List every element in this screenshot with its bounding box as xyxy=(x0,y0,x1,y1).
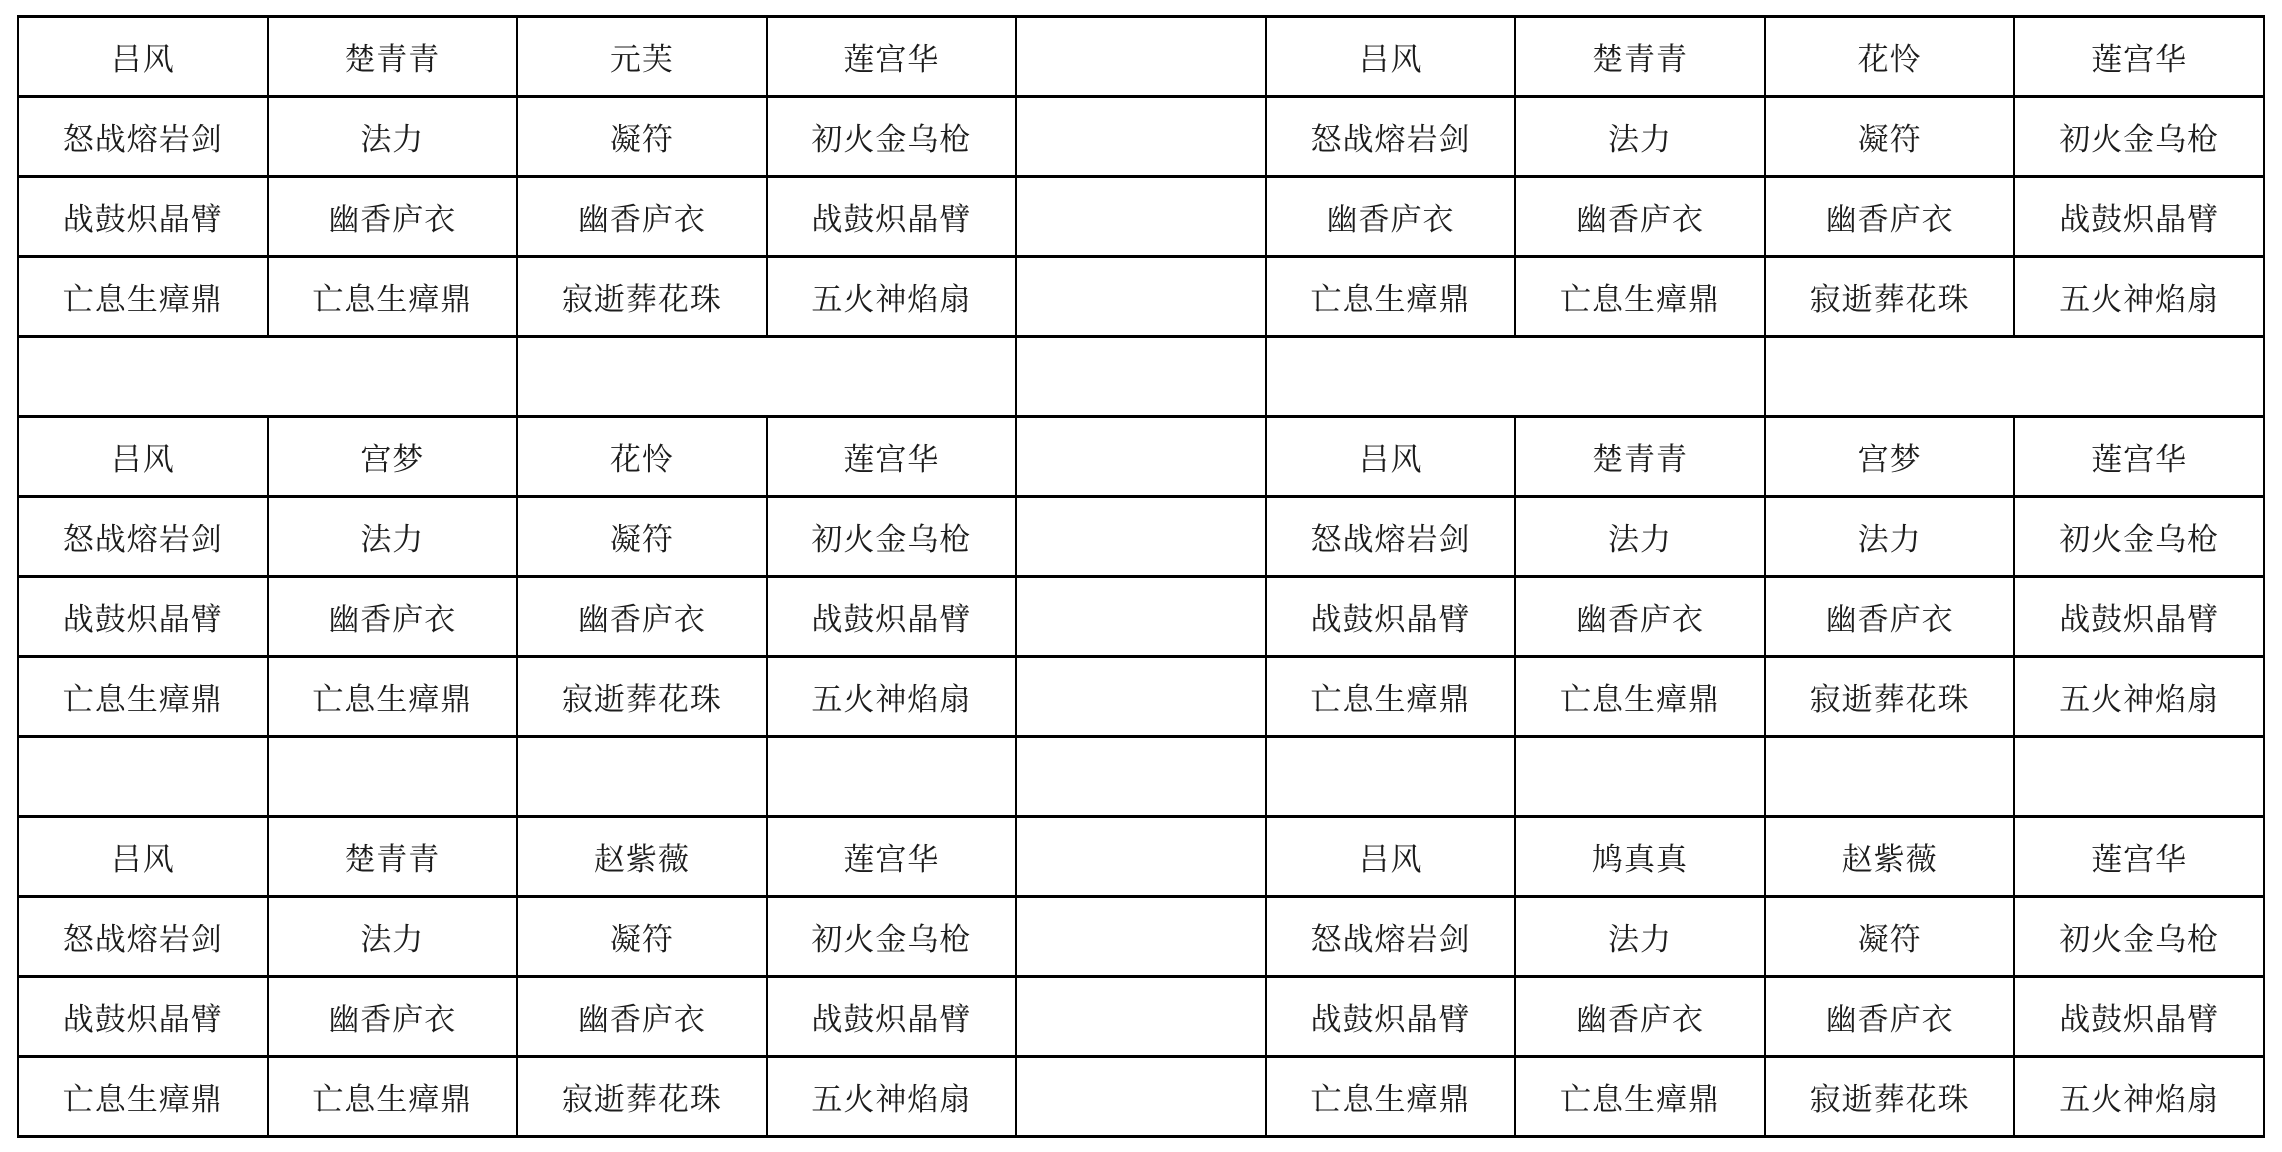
table-cell: 幽香庐衣 xyxy=(1765,977,2015,1057)
empty-cell xyxy=(517,337,1016,417)
table-cell: 战鼓炽晶臂 xyxy=(1266,577,1516,657)
table-cell: 寂逝葬花珠 xyxy=(517,1057,767,1137)
table-cell: 战鼓炽晶臂 xyxy=(767,577,1017,657)
table-cell: 亡息生瘴鼎 xyxy=(1266,657,1516,737)
roster-table-body: 吕风楚青青元芙莲宫华吕风楚青青花怜莲宫华怒战熔岩剑法力凝符初火金乌枪怒战熔岩剑法… xyxy=(18,17,2264,1137)
table-cell: 楚青青 xyxy=(268,17,518,97)
table-cell: 亡息生瘴鼎 xyxy=(268,657,518,737)
empty-cell xyxy=(268,737,518,817)
table-cell: 幽香庐衣 xyxy=(1765,577,2015,657)
table-cell: 元芙 xyxy=(517,17,767,97)
table-cell: 莲宫华 xyxy=(767,817,1017,897)
table-row: 亡息生瘴鼎亡息生瘴鼎寂逝葬花珠五火神焰扇亡息生瘴鼎亡息生瘴鼎寂逝葬花珠五火神焰扇 xyxy=(18,257,2264,337)
empty-cell xyxy=(1016,417,1266,497)
empty-cell xyxy=(1016,17,1266,97)
table-cell: 赵紫薇 xyxy=(1765,817,2015,897)
document-page: 吕风楚青青元芙莲宫华吕风楚青青花怜莲宫华怒战熔岩剑法力凝符初火金乌枪怒战熔岩剑法… xyxy=(17,15,2265,1138)
table-row: 亡息生瘴鼎亡息生瘴鼎寂逝葬花珠五火神焰扇亡息生瘴鼎亡息生瘴鼎寂逝葬花珠五火神焰扇 xyxy=(18,1057,2264,1137)
table-cell: 战鼓炽晶臂 xyxy=(18,177,268,257)
table-cell: 法力 xyxy=(268,897,518,977)
table-cell: 吕风 xyxy=(1266,417,1516,497)
table-cell: 楚青青 xyxy=(1515,17,1765,97)
table-cell: 幽香庐衣 xyxy=(1515,177,1765,257)
table-cell: 亡息生瘴鼎 xyxy=(268,257,518,337)
table-cell: 初火金乌枪 xyxy=(2014,497,2264,577)
empty-cell xyxy=(1016,577,1266,657)
table-cell: 怒战熔岩剑 xyxy=(1266,897,1516,977)
roster-table: 吕风楚青青元芙莲宫华吕风楚青青花怜莲宫华怒战熔岩剑法力凝符初火金乌枪怒战熔岩剑法… xyxy=(17,15,2265,1138)
table-cell: 五火神焰扇 xyxy=(767,1057,1017,1137)
empty-cell xyxy=(1266,337,1765,417)
table-cell: 五火神焰扇 xyxy=(2014,257,2264,337)
table-cell: 幽香庐衣 xyxy=(517,977,767,1057)
table-cell: 莲宫华 xyxy=(767,417,1017,497)
table-cell: 亡息生瘴鼎 xyxy=(268,1057,518,1137)
table-cell: 怒战熔岩剑 xyxy=(18,497,268,577)
table-cell: 寂逝葬花珠 xyxy=(517,257,767,337)
table-cell: 亡息生瘴鼎 xyxy=(1266,1057,1516,1137)
table-cell: 五火神焰扇 xyxy=(2014,657,2264,737)
table-row: 亡息生瘴鼎亡息生瘴鼎寂逝葬花珠五火神焰扇亡息生瘴鼎亡息生瘴鼎寂逝葬花珠五火神焰扇 xyxy=(18,657,2264,737)
table-row: 吕风楚青青元芙莲宫华吕风楚青青花怜莲宫华 xyxy=(18,17,2264,97)
table-cell: 楚青青 xyxy=(268,817,518,897)
empty-cell xyxy=(517,737,767,817)
empty-cell xyxy=(1016,897,1266,977)
table-cell: 吕风 xyxy=(18,417,268,497)
table-cell: 幽香庐衣 xyxy=(517,177,767,257)
table-cell: 战鼓炽晶臂 xyxy=(767,177,1017,257)
table-cell: 花怜 xyxy=(1765,17,2015,97)
empty-cell xyxy=(1016,737,1266,817)
table-row: 战鼓炽晶臂幽香庐衣幽香庐衣战鼓炽晶臂战鼓炽晶臂幽香庐衣幽香庐衣战鼓炽晶臂 xyxy=(18,577,2264,657)
table-cell: 初火金乌枪 xyxy=(767,497,1017,577)
table-cell: 初火金乌枪 xyxy=(767,97,1017,177)
empty-cell xyxy=(1016,977,1266,1057)
table-cell: 战鼓炽晶臂 xyxy=(767,977,1017,1057)
table-cell: 战鼓炽晶臂 xyxy=(2014,977,2264,1057)
table-cell: 凝符 xyxy=(1765,97,2015,177)
table-cell: 凝符 xyxy=(517,497,767,577)
table-cell: 吕风 xyxy=(1266,817,1516,897)
table-cell: 幽香庐衣 xyxy=(1515,577,1765,657)
table-cell: 吕风 xyxy=(18,817,268,897)
empty-cell xyxy=(1016,497,1266,577)
table-cell: 亡息生瘴鼎 xyxy=(1515,1057,1765,1137)
table-cell: 寂逝葬花珠 xyxy=(1765,257,2015,337)
table-cell: 莲宫华 xyxy=(767,17,1017,97)
table-row: 战鼓炽晶臂幽香庐衣幽香庐衣战鼓炽晶臂战鼓炽晶臂幽香庐衣幽香庐衣战鼓炽晶臂 xyxy=(18,977,2264,1057)
table-cell: 法力 xyxy=(268,497,518,577)
table-cell: 亡息生瘴鼎 xyxy=(1515,257,1765,337)
table-row: 吕风楚青青赵紫薇莲宫华吕风鸠真真赵紫薇莲宫华 xyxy=(18,817,2264,897)
table-cell: 楚青青 xyxy=(1515,417,1765,497)
table-cell: 凝符 xyxy=(517,97,767,177)
empty-cell xyxy=(1016,817,1266,897)
table-cell: 宫梦 xyxy=(1765,417,2015,497)
table-cell: 亡息生瘴鼎 xyxy=(18,257,268,337)
empty-cell xyxy=(1016,657,1266,737)
table-row: 吕风宫梦花怜莲宫华吕风楚青青宫梦莲宫华 xyxy=(18,417,2264,497)
table-cell: 法力 xyxy=(1515,97,1765,177)
table-row: 怒战熔岩剑法力凝符初火金乌枪怒战熔岩剑法力凝符初火金乌枪 xyxy=(18,897,2264,977)
table-cell: 五火神焰扇 xyxy=(767,657,1017,737)
table-cell: 战鼓炽晶臂 xyxy=(18,577,268,657)
table-cell: 幽香庐衣 xyxy=(1266,177,1516,257)
spacer-row xyxy=(18,337,2264,417)
empty-cell xyxy=(1765,337,2264,417)
table-cell: 怒战熔岩剑 xyxy=(1266,97,1516,177)
spacer-row xyxy=(18,737,2264,817)
table-cell: 莲宫华 xyxy=(2014,817,2264,897)
empty-cell xyxy=(1016,337,1266,417)
table-cell: 战鼓炽晶臂 xyxy=(2014,577,2264,657)
table-row: 怒战熔岩剑法力凝符初火金乌枪怒战熔岩剑法力法力初火金乌枪 xyxy=(18,497,2264,577)
table-cell: 寂逝葬花珠 xyxy=(1765,1057,2015,1137)
table-cell: 凝符 xyxy=(517,897,767,977)
empty-cell xyxy=(1765,737,2015,817)
table-row: 怒战熔岩剑法力凝符初火金乌枪怒战熔岩剑法力凝符初火金乌枪 xyxy=(18,97,2264,177)
table-row: 战鼓炽晶臂幽香庐衣幽香庐衣战鼓炽晶臂幽香庐衣幽香庐衣幽香庐衣战鼓炽晶臂 xyxy=(18,177,2264,257)
table-cell: 亡息生瘴鼎 xyxy=(18,1057,268,1137)
table-cell: 亡息生瘴鼎 xyxy=(18,657,268,737)
table-cell: 幽香庐衣 xyxy=(1515,977,1765,1057)
table-cell: 幽香庐衣 xyxy=(268,977,518,1057)
table-cell: 莲宫华 xyxy=(2014,17,2264,97)
table-cell: 亡息生瘴鼎 xyxy=(1266,257,1516,337)
table-cell: 亡息生瘴鼎 xyxy=(1515,657,1765,737)
table-cell: 鸠真真 xyxy=(1515,817,1765,897)
empty-cell xyxy=(2014,737,2264,817)
empty-cell xyxy=(1266,737,1516,817)
table-cell: 战鼓炽晶臂 xyxy=(2014,177,2264,257)
table-cell: 法力 xyxy=(1515,497,1765,577)
table-cell: 赵紫薇 xyxy=(517,817,767,897)
table-cell: 莲宫华 xyxy=(2014,417,2264,497)
table-cell: 凝符 xyxy=(1765,897,2015,977)
empty-cell xyxy=(1016,1057,1266,1137)
empty-cell xyxy=(18,337,517,417)
table-cell: 幽香庐衣 xyxy=(1765,177,2015,257)
table-cell: 幽香庐衣 xyxy=(268,177,518,257)
table-cell: 寂逝葬花珠 xyxy=(517,657,767,737)
table-cell: 法力 xyxy=(1765,497,2015,577)
table-cell: 吕风 xyxy=(18,17,268,97)
empty-cell xyxy=(18,737,268,817)
table-cell: 战鼓炽晶臂 xyxy=(1266,977,1516,1057)
table-cell: 寂逝葬花珠 xyxy=(1765,657,2015,737)
table-cell: 怒战熔岩剑 xyxy=(18,97,268,177)
table-cell: 战鼓炽晶臂 xyxy=(18,977,268,1057)
table-cell: 宫梦 xyxy=(268,417,518,497)
empty-cell xyxy=(1016,177,1266,257)
table-cell: 五火神焰扇 xyxy=(767,257,1017,337)
table-cell: 吕风 xyxy=(1266,17,1516,97)
table-cell: 初火金乌枪 xyxy=(2014,897,2264,977)
table-cell: 法力 xyxy=(268,97,518,177)
empty-cell xyxy=(1016,97,1266,177)
empty-cell xyxy=(1016,257,1266,337)
table-cell: 五火神焰扇 xyxy=(2014,1057,2264,1137)
empty-cell xyxy=(1515,737,1765,817)
table-cell: 怒战熔岩剑 xyxy=(1266,497,1516,577)
table-cell: 法力 xyxy=(1515,897,1765,977)
table-cell: 怒战熔岩剑 xyxy=(18,897,268,977)
table-cell: 花怜 xyxy=(517,417,767,497)
table-cell: 幽香庐衣 xyxy=(517,577,767,657)
table-cell: 初火金乌枪 xyxy=(767,897,1017,977)
table-cell: 初火金乌枪 xyxy=(2014,97,2264,177)
table-cell: 幽香庐衣 xyxy=(268,577,518,657)
empty-cell xyxy=(767,737,1017,817)
